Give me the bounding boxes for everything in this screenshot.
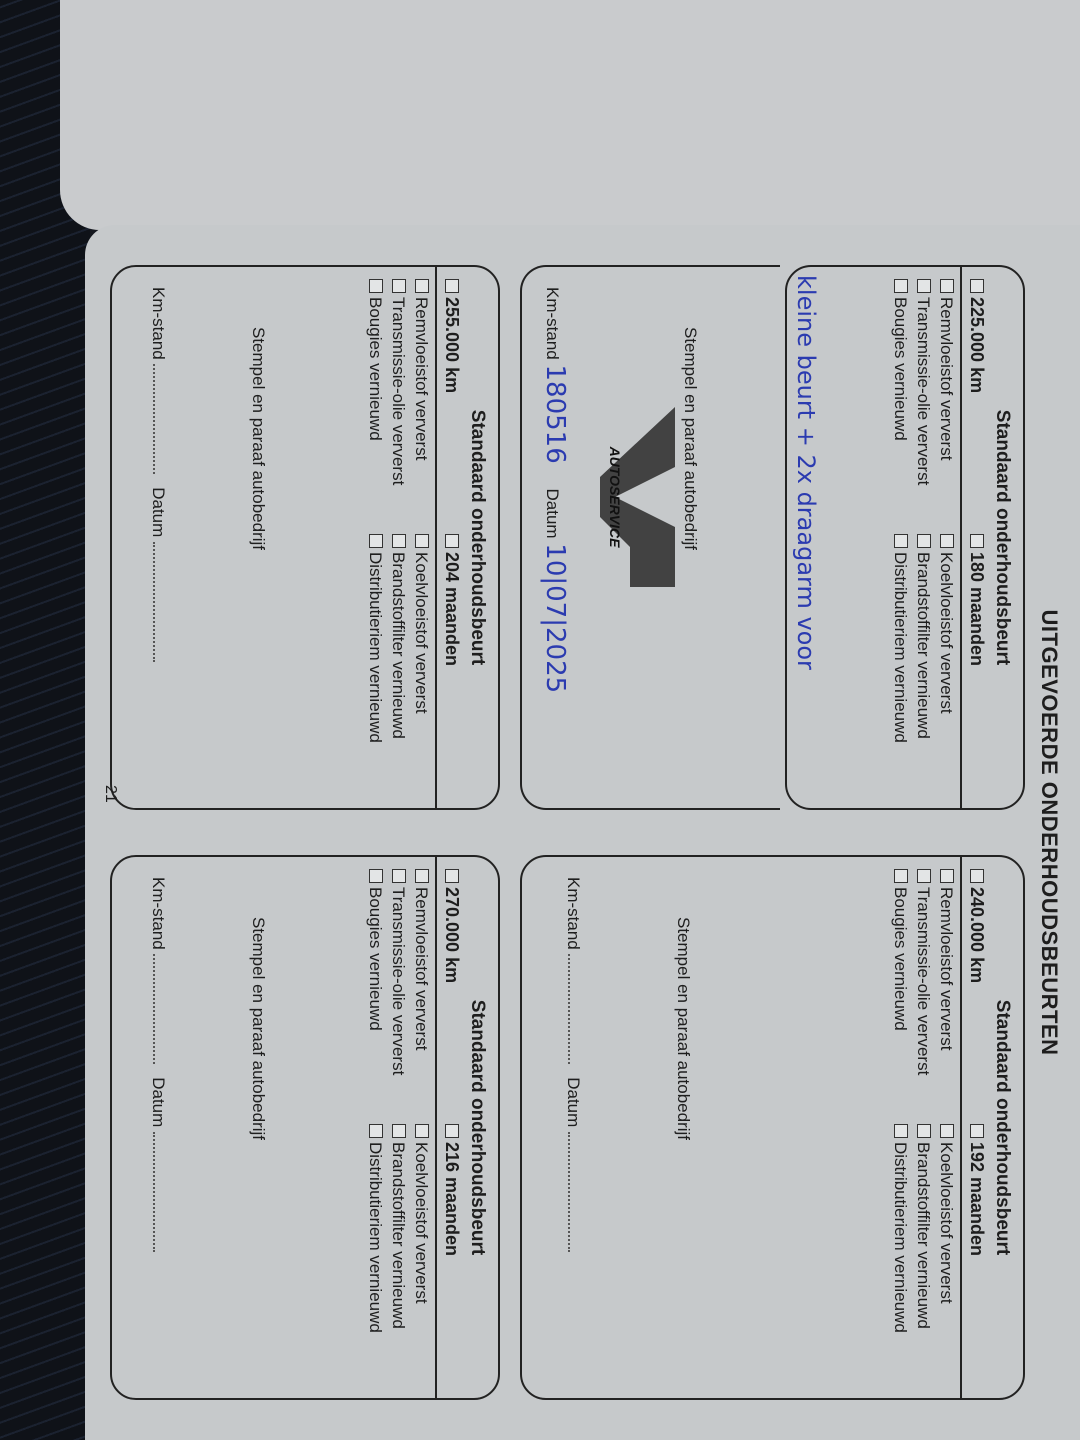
svg-text:AUTOSERVICE: AUTOSERVICE bbox=[607, 446, 623, 549]
previous-page bbox=[60, 0, 1080, 230]
checkbox[interactable] bbox=[392, 534, 406, 548]
service-card-255000: Standaard onderhoudsbeurt 255.000 km 204… bbox=[110, 265, 500, 810]
checkbox[interactable] bbox=[940, 279, 954, 293]
service-card-225000: Standaard onderhoudsbeurt 225.000 km 180… bbox=[785, 265, 1025, 810]
checkbox[interactable] bbox=[894, 279, 908, 293]
checkbox[interactable] bbox=[940, 869, 954, 883]
checkbox[interactable] bbox=[940, 534, 954, 548]
checkbox[interactable] bbox=[392, 869, 406, 883]
card-km-row: 225.000 km 180 maanden bbox=[960, 267, 991, 808]
date-field[interactable] bbox=[568, 1132, 570, 1252]
checkbox[interactable] bbox=[970, 279, 984, 293]
stamp-label: Stempel en paraaf autobedrijf bbox=[673, 917, 693, 1140]
checkbox[interactable] bbox=[970, 534, 984, 548]
card-heading: Standaard onderhoudsbeurt bbox=[991, 857, 1013, 1398]
checkbox[interactable] bbox=[894, 534, 908, 548]
checkbox[interactable] bbox=[445, 869, 459, 883]
km-field[interactable] bbox=[568, 954, 570, 1064]
date-field[interactable] bbox=[153, 1132, 155, 1252]
stamp-label: Stempel en paraaf autobedrijf bbox=[248, 917, 268, 1140]
checkbox[interactable] bbox=[392, 279, 406, 293]
checkbox[interactable] bbox=[369, 1124, 383, 1138]
checkbox[interactable] bbox=[415, 1124, 429, 1138]
km-field[interactable] bbox=[153, 954, 155, 1064]
card-items: Remvloeistof ververstKoelvloeistof verve… bbox=[887, 267, 960, 808]
date-field[interactable] bbox=[153, 542, 155, 662]
checkbox[interactable] bbox=[894, 869, 908, 883]
checkbox[interactable] bbox=[970, 869, 984, 883]
km-date-line: Km-stand 180516 Datum 10|07|2025 bbox=[540, 287, 570, 693]
page-title: UITGEVOERDE ONDERHOUDSBEURTEN bbox=[1036, 225, 1062, 1440]
page-number: 21 bbox=[101, 785, 119, 803]
checkbox[interactable] bbox=[445, 279, 459, 293]
date-value: 10|07|2025 bbox=[540, 543, 570, 693]
stamp-label: Stempel en paraaf autobedrijf bbox=[248, 327, 268, 550]
handwritten-note: kleine beurt + 2x draagarm voor bbox=[792, 275, 820, 670]
service-card-240000: Standaard onderhoudsbeurt 240.000 km 192… bbox=[520, 855, 1025, 1400]
checkbox[interactable] bbox=[445, 534, 459, 548]
km-value: 180516 bbox=[540, 364, 570, 463]
checkbox[interactable] bbox=[917, 534, 931, 548]
checkbox[interactable] bbox=[917, 279, 931, 293]
card-heading: Standaard onderhoudsbeurt bbox=[991, 267, 1013, 808]
checkbox[interactable] bbox=[369, 279, 383, 293]
checkbox[interactable] bbox=[392, 1124, 406, 1138]
checkbox[interactable] bbox=[894, 1124, 908, 1138]
checkbox[interactable] bbox=[369, 534, 383, 548]
checkbox[interactable] bbox=[940, 1124, 954, 1138]
stamp-label: Stempel en paraaf autobedrijf bbox=[680, 327, 700, 550]
stamp-logo-icon: AUTOSERVICE bbox=[595, 397, 685, 597]
card-heading: Standaard onderhoudsbeurt bbox=[466, 267, 488, 808]
checkbox[interactable] bbox=[917, 869, 931, 883]
service-card-270000: Standaard onderhoudsbeurt 270.000 km 216… bbox=[110, 855, 500, 1400]
service-card-225000-stamp: kleine beurt + 2x draagarm voor AUTOSERV… bbox=[520, 265, 780, 810]
maintenance-page: UITGEVOERDE ONDERHOUDSBEURTEN Standaard … bbox=[85, 225, 1080, 1440]
checkbox[interactable] bbox=[970, 1124, 984, 1138]
checkbox[interactable] bbox=[415, 869, 429, 883]
checkbox[interactable] bbox=[415, 279, 429, 293]
card-heading: Standaard onderhoudsbeurt bbox=[466, 857, 488, 1398]
km-field[interactable] bbox=[153, 364, 155, 474]
checkbox[interactable] bbox=[917, 1124, 931, 1138]
checkbox[interactable] bbox=[369, 869, 383, 883]
checkbox[interactable] bbox=[415, 534, 429, 548]
checkbox[interactable] bbox=[445, 1124, 459, 1138]
